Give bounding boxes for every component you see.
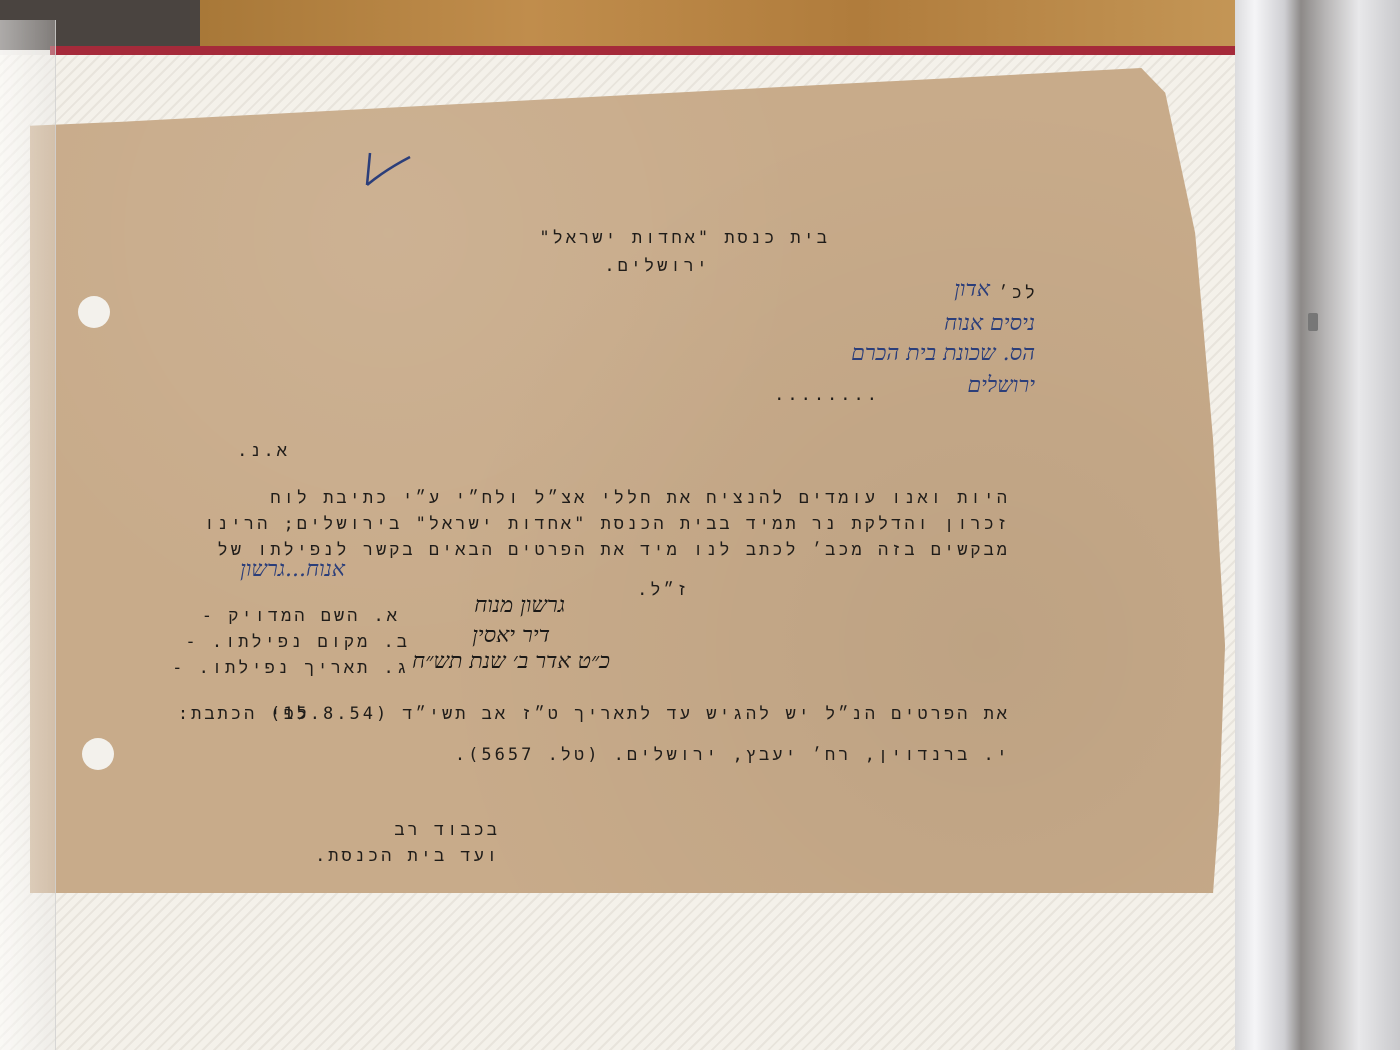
plastic-sleeve: [0, 20, 56, 1050]
item-c-value-handwritten: כ״ט אדר ב׳ שנת תש״ח: [412, 648, 610, 674]
letterhead-title: בית כנסת "אחדות ישראל": [539, 228, 830, 249]
salutation: לכ׳: [998, 283, 1038, 304]
instructions-line-2: לפי הכתבת:: [178, 704, 310, 725]
instructions-line-1: את הפרטים הנ״ל יש להגיש עד לתאריך ט״ז אב…: [270, 704, 1010, 725]
address-dots: ........: [774, 385, 880, 405]
letter-sheet: [30, 68, 1225, 893]
item-c-label: ג. תאריך נפילתו. -: [172, 658, 410, 679]
binder-screw: [1308, 313, 1318, 331]
instructions-line-3: י. ברנדוין, רח׳ יעבץ, ירושלים. (טל. 5657…: [455, 745, 1010, 766]
body-line-4-suffix: ז״ל.: [637, 580, 690, 601]
punch-hole-bottom: [82, 738, 114, 770]
body-line-1: היות ואנו עומדים להנציח את חללי אצ״ל ולח…: [270, 488, 1010, 509]
punch-hole-top: [78, 296, 110, 328]
item-b-value-handwritten: דיר יאסין: [472, 622, 550, 648]
body-line-2: זכרון והדלקת נר תמיד בבית הכנסת "אחדות י…: [204, 514, 1010, 535]
greeting: א.נ.: [237, 441, 290, 462]
item-b-label: ב. מקום נפילתו. -: [185, 632, 410, 653]
addressee-title-handwritten: אדון: [954, 276, 990, 302]
letterhead-city: ירושלים.: [604, 256, 710, 277]
fallen-name-handwritten: אנוח...גרשון: [240, 556, 345, 582]
addressee-city-handwritten: ירושלים: [967, 372, 1035, 398]
item-a-label: א. השם המדויק -: [202, 606, 400, 627]
closing-line-1: בכבוד רב: [394, 820, 500, 841]
wooden-shelf: [200, 0, 1300, 48]
checkmark-icon: [365, 145, 415, 190]
item-a-value-handwritten: גרשון מנוח: [474, 592, 565, 618]
closing-signature: ועד בית הכנסת.: [315, 846, 500, 867]
addressee-name-handwritten: ניסים אנוח: [944, 310, 1035, 336]
binder-rings: [1235, 0, 1400, 1050]
addressee-street-handwritten: הס. שכונת בית הכרם: [851, 340, 1035, 366]
